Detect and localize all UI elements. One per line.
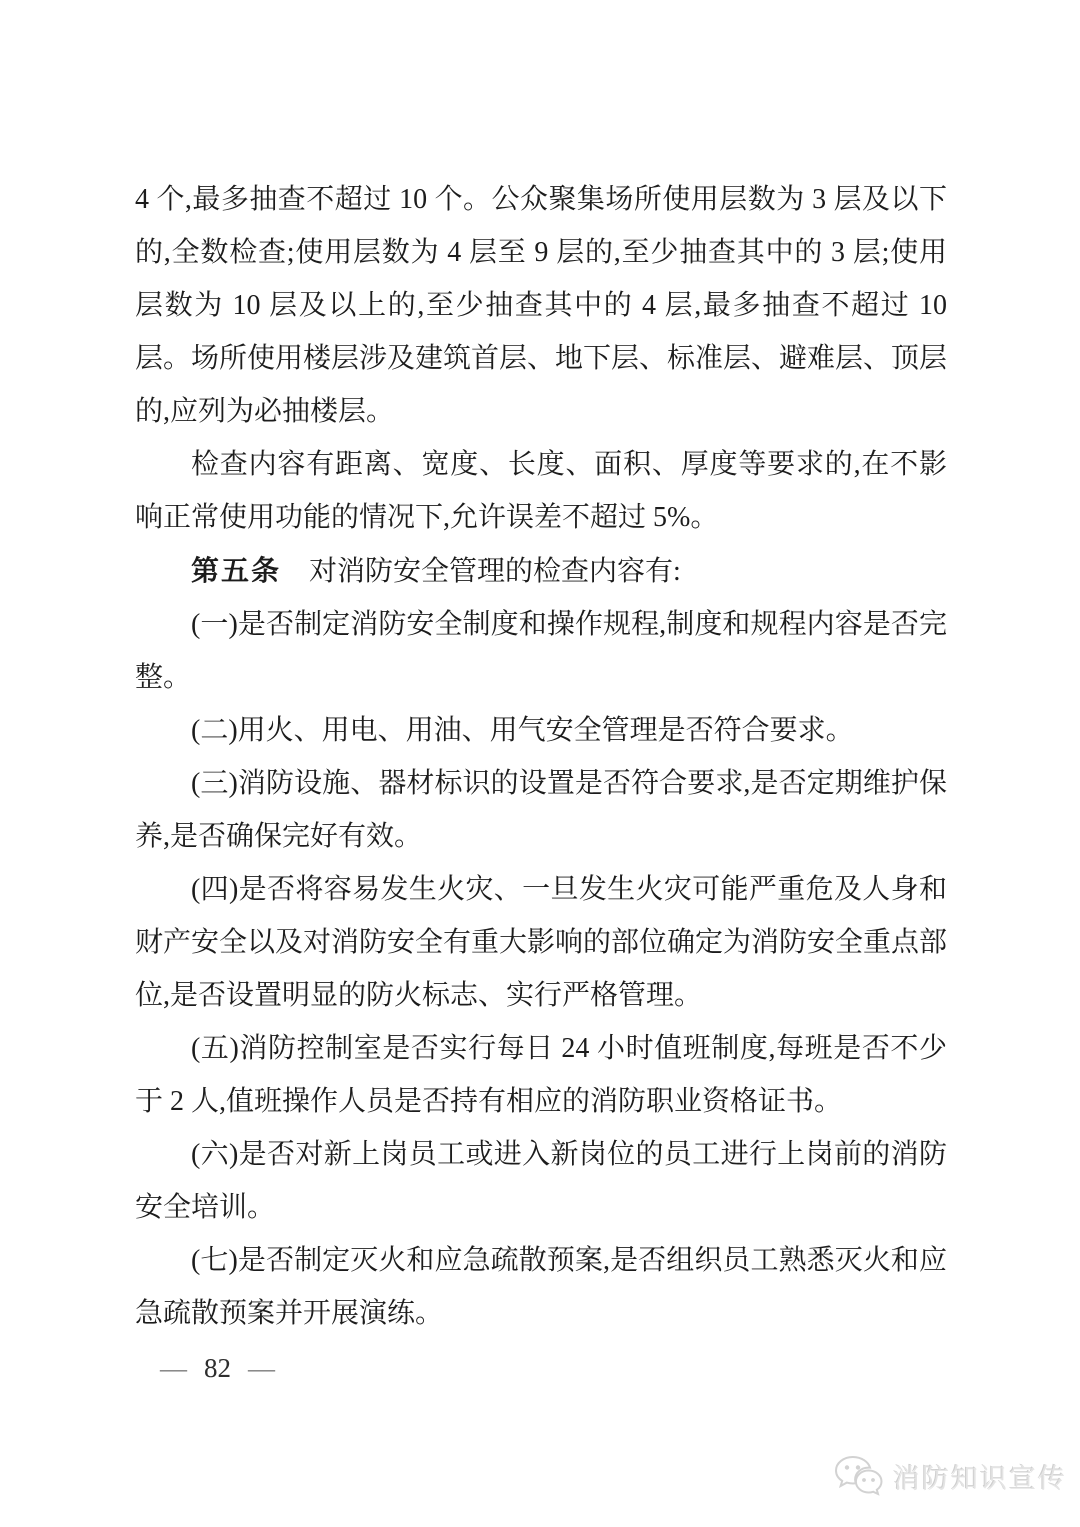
article-number: 第五条 — [191, 555, 281, 586]
document-body: 4 个,最多抽查不超过 10 个。公众聚集场所使用层数为 3 层及以下的,全数检… — [135, 173, 947, 1340]
paragraph: 4 个,最多抽查不超过 10 个。公众聚集场所使用层数为 3 层及以下的,全数检… — [135, 173, 947, 438]
paragraph: (一)是否制定消防安全制度和操作规程,制度和规程内容是否完整。 — [135, 598, 947, 704]
paragraph: (三)消防设施、器材标识的设置是否符合要求,是否定期维护保养,是否确保完好有效。 — [135, 757, 947, 863]
page-number-dash-right: — — [248, 1353, 275, 1384]
page-number-dash-left: — — [160, 1353, 187, 1384]
watermark: 消防知识宣传 — [832, 1454, 1067, 1498]
page-number: — 82 — — [160, 1353, 275, 1384]
paragraph: (七)是否制定灭火和应急疏散预案,是否组织员工熟悉灭火和应急疏散预案并开展演练。 — [135, 1234, 947, 1340]
paragraph: (六)是否对新上岗员工或进入新岗位的员工进行上岗前的消防安全培训。 — [135, 1128, 947, 1234]
paragraph: (二)用火、用电、用油、用气安全管理是否符合要求。 — [135, 704, 947, 757]
article-title: 对消防安全管理的检查内容有: — [309, 556, 681, 587]
paragraph-article-heading: 第五条对消防安全管理的检查内容有: — [135, 544, 947, 598]
paragraph: (五)消防控制室是否实行每日 24 小时值班制度,每班是否不少于 2 人,值班操… — [135, 1022, 947, 1128]
page-number-value: 82 — [204, 1353, 231, 1384]
paragraph: (四)是否将容易发生火灾、一旦发生火灾可能严重危及人身和财产安全以及对消防安全有… — [135, 863, 947, 1022]
paragraph: 检查内容有距离、宽度、长度、面积、厚度等要求的,在不影响正常使用功能的情况下,允… — [135, 438, 947, 544]
wechat-icon — [832, 1454, 884, 1498]
watermark-text: 消防知识宣传 — [893, 1457, 1067, 1496]
